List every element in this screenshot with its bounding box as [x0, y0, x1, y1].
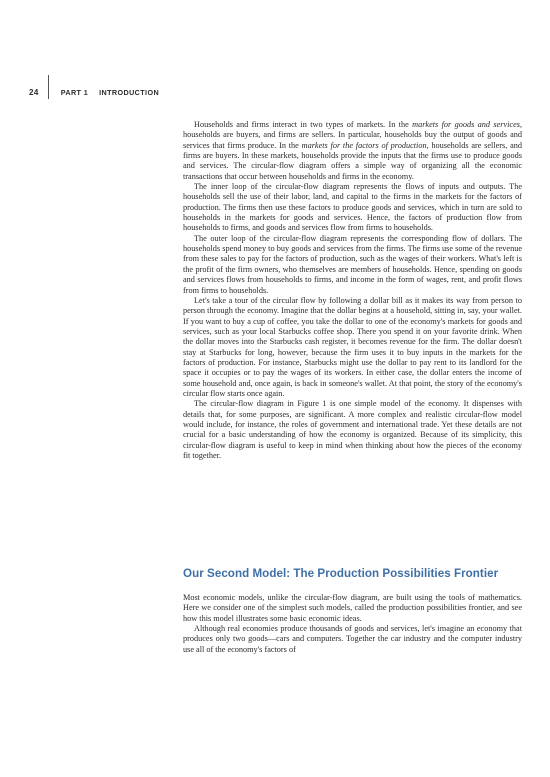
paragraph: Although real economies produce thousand… [183, 624, 522, 655]
paragraph: The outer loop of the circular-flow diag… [183, 234, 522, 296]
italic-term: markets for the factors of production [302, 141, 427, 150]
text-run: The inner loop of the circular-flow diag… [183, 182, 522, 232]
paragraph: The circular-flow diagram in Figure 1 is… [183, 399, 522, 461]
chapter-label: INTRODUCTION [99, 88, 159, 97]
part-label: PART 1 [61, 88, 88, 97]
paragraph: Households and firms interact in two typ… [183, 120, 522, 182]
paragraph: The inner loop of the circular-flow diag… [183, 182, 522, 234]
text-run: The outer loop of the circular-flow diag… [183, 234, 522, 295]
text-run: Households and firms interact in two typ… [194, 120, 412, 129]
page-number: 24 [29, 88, 39, 97]
running-head-divider [48, 75, 49, 99]
text-run: The circular-flow diagram in Figure 1 is… [183, 399, 522, 460]
section-heading: Our Second Model: The Production Possibi… [183, 567, 533, 580]
section-2-body: Most economic models, unlike the circula… [183, 593, 522, 655]
paragraph: Most economic models, unlike the circula… [183, 593, 522, 624]
paragraph: Let's take a tour of the circular flow b… [183, 296, 522, 399]
text-run: Although real economies produce thousand… [183, 624, 522, 654]
section-1-body: Households and firms interact in two typ… [183, 120, 522, 461]
text-run: Most economic models, unlike the circula… [183, 593, 522, 623]
running-head: 24 PART 1 INTRODUCTION [29, 80, 159, 104]
text-run: Let's take a tour of the circular flow b… [183, 296, 522, 398]
italic-term: markets for goods and services [412, 120, 520, 129]
